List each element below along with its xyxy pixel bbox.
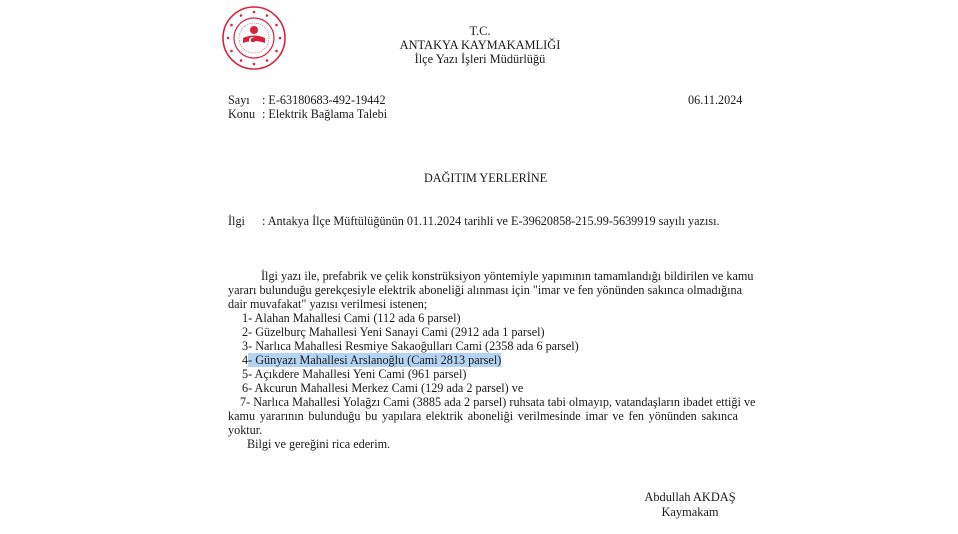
signature-block: Abdullah AKDAŞ Kaymakam (630, 490, 750, 520)
closing-line: Bilgi ve gereğini rica ederim. (247, 437, 390, 452)
list-item: 6- Akcurun Mahallesi Merkez Cami (129 ad… (242, 381, 523, 395)
reference-line: İlgi: Antakya İlçe Müftülüğünün 01.11.20… (228, 214, 720, 229)
body-intro-line: İlgi yazı ile, prefabrik ve çelik konstr… (261, 269, 753, 284)
body-intro-line: dair muvafakat" yazısı verilmesi istenen… (228, 297, 427, 312)
signatory-name: Abdullah AKDAŞ (630, 490, 750, 505)
list-item: 2- Güzelburç Mahallesi Yeni Sanayi Cami … (242, 325, 545, 339)
letterhead-tc: T.C. (330, 24, 630, 38)
list-item: 5- Açıkdere Mahallesi Yeni Cami (961 par… (242, 367, 466, 381)
list-item: 7- Narlıca Mahallesi Yolağzı Cami (3885 … (240, 395, 755, 410)
body-text-line: yoktur. (228, 423, 262, 438)
body-text-line: kamu yararının bulunduğu bu yapılara ele… (228, 409, 738, 424)
recipient-heading: DAĞITIM YERLERİNE (424, 171, 547, 186)
text-selection[interactable]: - Günyazı Mahallesi Arslanoğlu (Cami 281… (248, 353, 501, 367)
document-number: Sayı: E-63180683-492-19442 (228, 93, 386, 108)
body-intro-line: yararı bulunduğu gerekçesiyle elektrik a… (228, 283, 742, 298)
list-item: 1- Alahan Mahallesi Cami (112 ada 6 pars… (242, 311, 461, 325)
list-item-selected[interactable]: 4- Günyazı Mahallesi Arslanoğlu (Cami 28… (242, 353, 501, 367)
list-item: 3- Narlıca Mahallesi Resmiye Sakaoğullar… (242, 339, 579, 353)
letterhead: T.C. ANTAKYA KAYMAKAMLIĞI İlçe Yazı İşle… (330, 24, 630, 66)
document-date: 06.11.2024 (688, 93, 742, 108)
letterhead-department: İlçe Yazı İşleri Müdürlüğü (330, 52, 630, 66)
signatory-title: Kaymakam (630, 505, 750, 520)
letterhead-office: ANTAKYA KAYMAKAMLIĞI (330, 38, 630, 52)
document-subject: Konu: Elektrik Bağlama Talebi (228, 107, 387, 122)
ministry-emblem-icon (221, 5, 287, 71)
